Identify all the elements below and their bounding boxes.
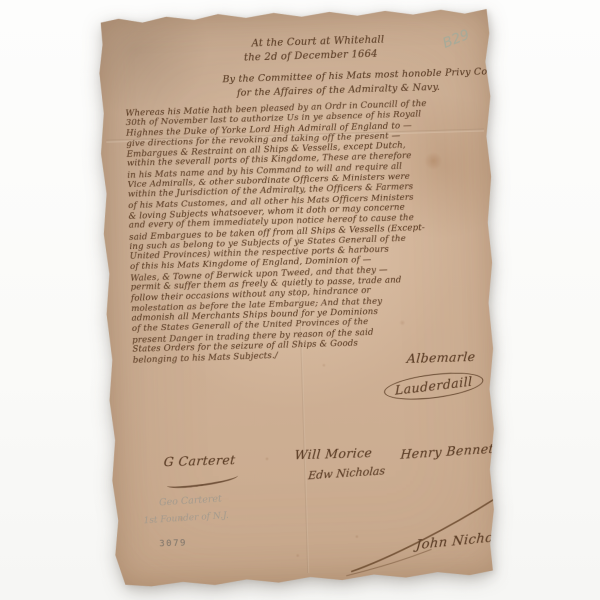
pencil-catalog-code: B29 xyxy=(440,27,471,52)
signature-lauderdale-oval: Lauderdaill xyxy=(384,368,484,404)
heading-date: the 2d of December 1664 xyxy=(226,48,396,64)
manuscript-paper-wrap: B29 At the Court at Whitehall the 2d of … xyxy=(95,4,510,590)
signature-morice: Will Morice xyxy=(294,445,373,462)
committee-line-1: By the Committee of his Mats most honobl… xyxy=(222,65,521,85)
signature-bennet: Henry Bennet xyxy=(400,441,495,462)
pencil-note-line-1: Geo Carteret xyxy=(159,493,222,508)
signature-carteret: G Carteret xyxy=(163,452,236,469)
pencil-note-line-2: 1st Founder of N.J. xyxy=(143,511,229,526)
photo-background: B29 At the Court at Whitehall the 2d of … xyxy=(0,0,600,600)
committee-line-2: for the Affaires of the Admiralty & Navy… xyxy=(237,82,441,99)
body-text: Whereas his Matie hath been pleased by a… xyxy=(125,98,482,366)
signature-nicholas: Edw Nicholas xyxy=(308,464,386,482)
signature-lauderdale: Lauderdaill xyxy=(383,373,484,400)
signature-albemarle: Albemarle xyxy=(406,349,476,366)
signature-carteret-flourish xyxy=(166,471,239,490)
manuscript-paper: B29 At the Court at Whitehall the 2d of … xyxy=(95,4,510,590)
pencil-inventory-number: 3079 xyxy=(159,539,187,550)
